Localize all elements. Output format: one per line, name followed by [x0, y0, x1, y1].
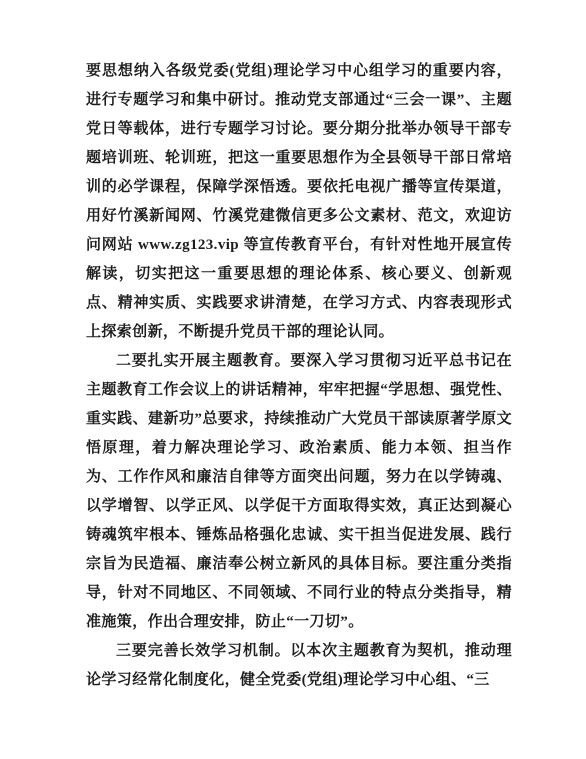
document-text-block: 要思想纳入各级党委(党组)理论学习中心组学习的重要内容，进行专题学习和集中研讨。… — [86, 57, 512, 695]
paragraph-continuation: 要思想纳入各级党委(党组)理论学习中心组学习的重要内容，进行专题学习和集中研讨。… — [86, 57, 512, 347]
document-page: 要思想纳入各级党委(党组)理论学习中心组学习的重要内容，进行专题学习和集中研讨。… — [0, 0, 586, 759]
paragraph-second-point: 二要扎实开展主题教育。要深入学习贯彻习近平总书记在主题教育工作会议上的讲话精神，… — [86, 347, 512, 637]
paragraph-third-point: 三要完善长效学习机制。以本次主题教育为契机，推动理论学习经常化制度化，健全党委(… — [86, 637, 512, 695]
